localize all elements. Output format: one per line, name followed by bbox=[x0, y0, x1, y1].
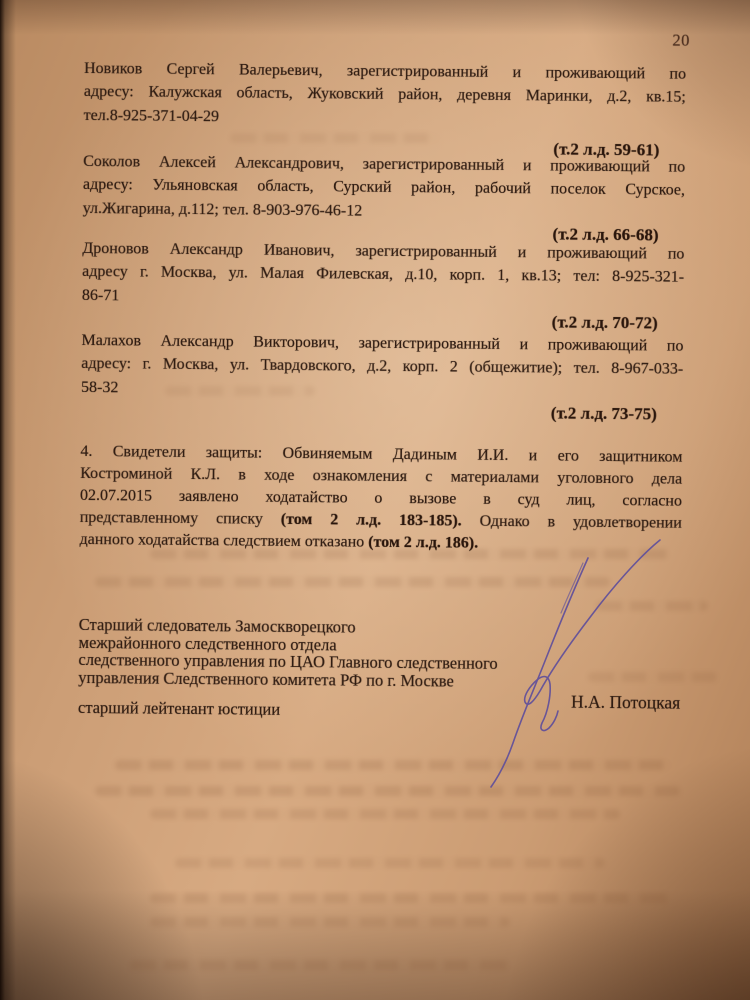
defense-witnesses-paragraph: 4. Свидетели защиты: Обвиняемым Дадиным … bbox=[79, 441, 682, 557]
paragraph-text: Костроминой К.Л. в ходе ознакомления с м… bbox=[80, 465, 682, 488]
printed-text-layer: 20 Новиков Сергей Валерьевич, зарегистри… bbox=[0, 0, 750, 1000]
signoff-rank: старший лейтенант юстиции bbox=[78, 698, 280, 720]
paragraph-text: 4. Свидетели защиты: Обвиняемым Дадиным … bbox=[80, 443, 682, 466]
witness-paragraph: Дроновов Александр Иванович, зарегистрир… bbox=[82, 237, 685, 313]
paragraph-text: Однако в удовлетворении bbox=[462, 513, 682, 532]
page-number: 20 bbox=[672, 31, 712, 51]
signoff-title-line: управления Следственного комитета РФ по … bbox=[78, 669, 618, 692]
paragraph-text: данного ходатайства следствием отказано bbox=[80, 531, 369, 551]
witness-paragraph: Соколов Алексей Александрович, зарегистр… bbox=[83, 150, 686, 226]
signoff-title: Старший следователь Замоскворецкого межр… bbox=[78, 616, 619, 692]
document-photo: 20 Новиков Сергей Валерьевич, зарегистри… bbox=[0, 0, 750, 1000]
signoff-name: Н.А. Потоцкая bbox=[571, 692, 711, 714]
witness-paragraph: Малахов Александр Викторович, зарегистри… bbox=[81, 329, 684, 405]
bold-case-reference: (том 2 л.д. 183-185). bbox=[281, 511, 462, 530]
bold-case-reference: (том 2 л.д. 186). bbox=[368, 534, 478, 552]
paragraph-text: 02.07.2015 заявлено ходатайство о вызове… bbox=[80, 487, 682, 510]
paragraph-text: представленному списку bbox=[80, 509, 281, 528]
witness-paragraph: Новиков Сергей Валерьевич, зарегистриров… bbox=[84, 57, 687, 133]
